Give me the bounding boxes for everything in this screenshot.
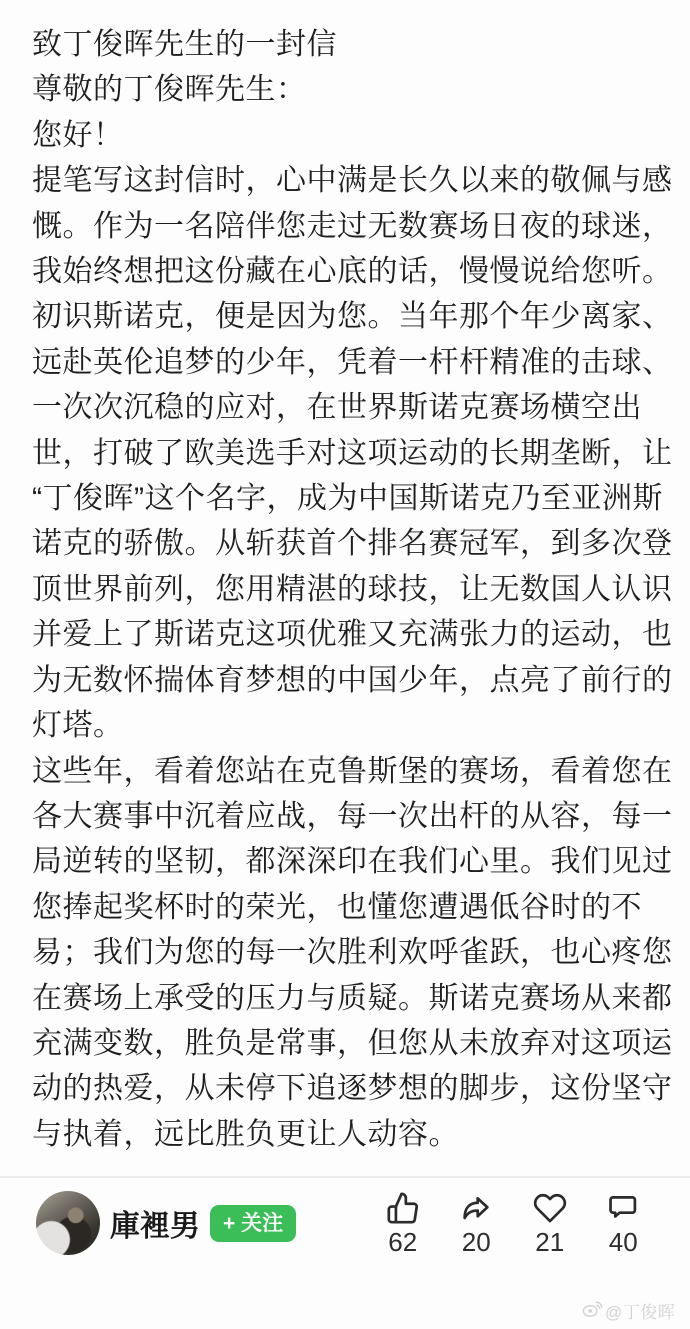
letter-line: 您好！	[32, 113, 662, 158]
letter-line: 灯塔。	[32, 703, 662, 748]
letter-line: 初识斯诺克，便是因为您。当年那个年少离家、	[32, 294, 662, 339]
letter-line: 一次次沉稳的应对，在世界斯诺克赛场横空出	[32, 385, 662, 430]
letter-line: 顶世界前列，您用精湛的球技，让无数国人认识	[32, 567, 662, 612]
action-stats: 62 20 21	[366, 1190, 660, 1255]
favorite-action[interactable]: 21	[513, 1190, 587, 1255]
letter-line: 局逆转的坚韧，都深深印在我们心里。我们见过	[32, 839, 662, 884]
letter-line: 远赴英伦追梦的少年，凭着一杆杆精准的击球、	[32, 340, 662, 385]
letter-text: 致丁俊晖先生的一封信 尊敬的丁俊晖先生： 您好！ 提笔写这封信时，心中满是长久以…	[32, 22, 662, 1157]
letter-line: 这些年，看着您站在克鲁斯堡的赛场，看着您在	[32, 749, 662, 794]
letter-line: 诺克的骄傲。从斩获首个排名赛冠军，到多次登	[32, 521, 662, 566]
thumbs-up-icon	[386, 1190, 420, 1226]
letter-title: 致丁俊晖先生的一封信	[32, 22, 662, 67]
letter-line: “丁俊晖”这个名字，成为中国斯诺克乃至亚洲斯	[32, 476, 662, 521]
letter-line: 动的热爱，从未停下追逐梦想的脚步，这份坚守	[32, 1066, 662, 1111]
comment-count: 40	[609, 1229, 638, 1255]
letter-line: 与执着，远比胜负更让人动容。	[32, 1112, 662, 1157]
share-icon	[459, 1190, 493, 1226]
like-count: 62	[388, 1229, 417, 1255]
letter-line: 您捧起奖杯时的荣光，也懂您遭遇低谷时的不	[32, 885, 662, 930]
letter-line: 提笔写这封信时，心中满是长久以来的敬佩与感	[32, 158, 662, 203]
weibo-logo-icon	[582, 1299, 603, 1323]
letter-line: 我始终想把这份藏在心底的话，慢慢说给您听。	[32, 249, 662, 294]
heart-icon	[533, 1190, 567, 1226]
letter-line: 在赛场上承受的压力与质疑。斯诺克赛场从来都	[32, 976, 662, 1021]
favorite-count: 21	[535, 1229, 564, 1255]
letter-line: 易；我们为您的每一次胜利欢呼雀跃，也心疼您	[32, 930, 662, 975]
like-action[interactable]: 62	[366, 1190, 440, 1255]
letter-line: 慨。作为一名陪伴您走过无数赛场日夜的球迷，	[32, 204, 662, 249]
comment-icon	[606, 1190, 640, 1226]
watermark-text: @丁俊晖	[605, 1298, 675, 1323]
letter-line: 世，打破了欧美选手对这项运动的长期垄断，让	[32, 431, 662, 476]
letter-line: 并爱上了斯诺克这项优雅又充满张力的运动，也	[32, 612, 662, 657]
comment-action[interactable]: 40	[587, 1190, 661, 1255]
author-bar: 庫裡男 + 关注 62 20	[36, 1190, 666, 1256]
letter-line: 充满变数，胜负是常事，但您从未放弃对这项运	[32, 1021, 662, 1066]
letter-salutation: 尊敬的丁俊晖先生：	[32, 67, 662, 112]
share-action[interactable]: 20	[440, 1190, 514, 1255]
avatar[interactable]	[36, 1191, 100, 1255]
share-count: 20	[462, 1229, 491, 1255]
post-screenshot: 致丁俊晖先生的一封信 尊敬的丁俊晖先生： 您好！ 提笔写这封信时，心中满是长久以…	[0, 0, 690, 1329]
watermark: @丁俊晖	[582, 1298, 675, 1323]
follow-button[interactable]: + 关注	[210, 1205, 296, 1242]
letter-line: 各大赛事中沉着应战，每一次出杆的从容，每一	[32, 794, 662, 839]
footer-divider	[0, 1176, 690, 1178]
letter-line: 为无数怀揣体育梦想的中国少年，点亮了前行的	[32, 658, 662, 703]
username[interactable]: 庫裡男	[110, 1201, 200, 1245]
